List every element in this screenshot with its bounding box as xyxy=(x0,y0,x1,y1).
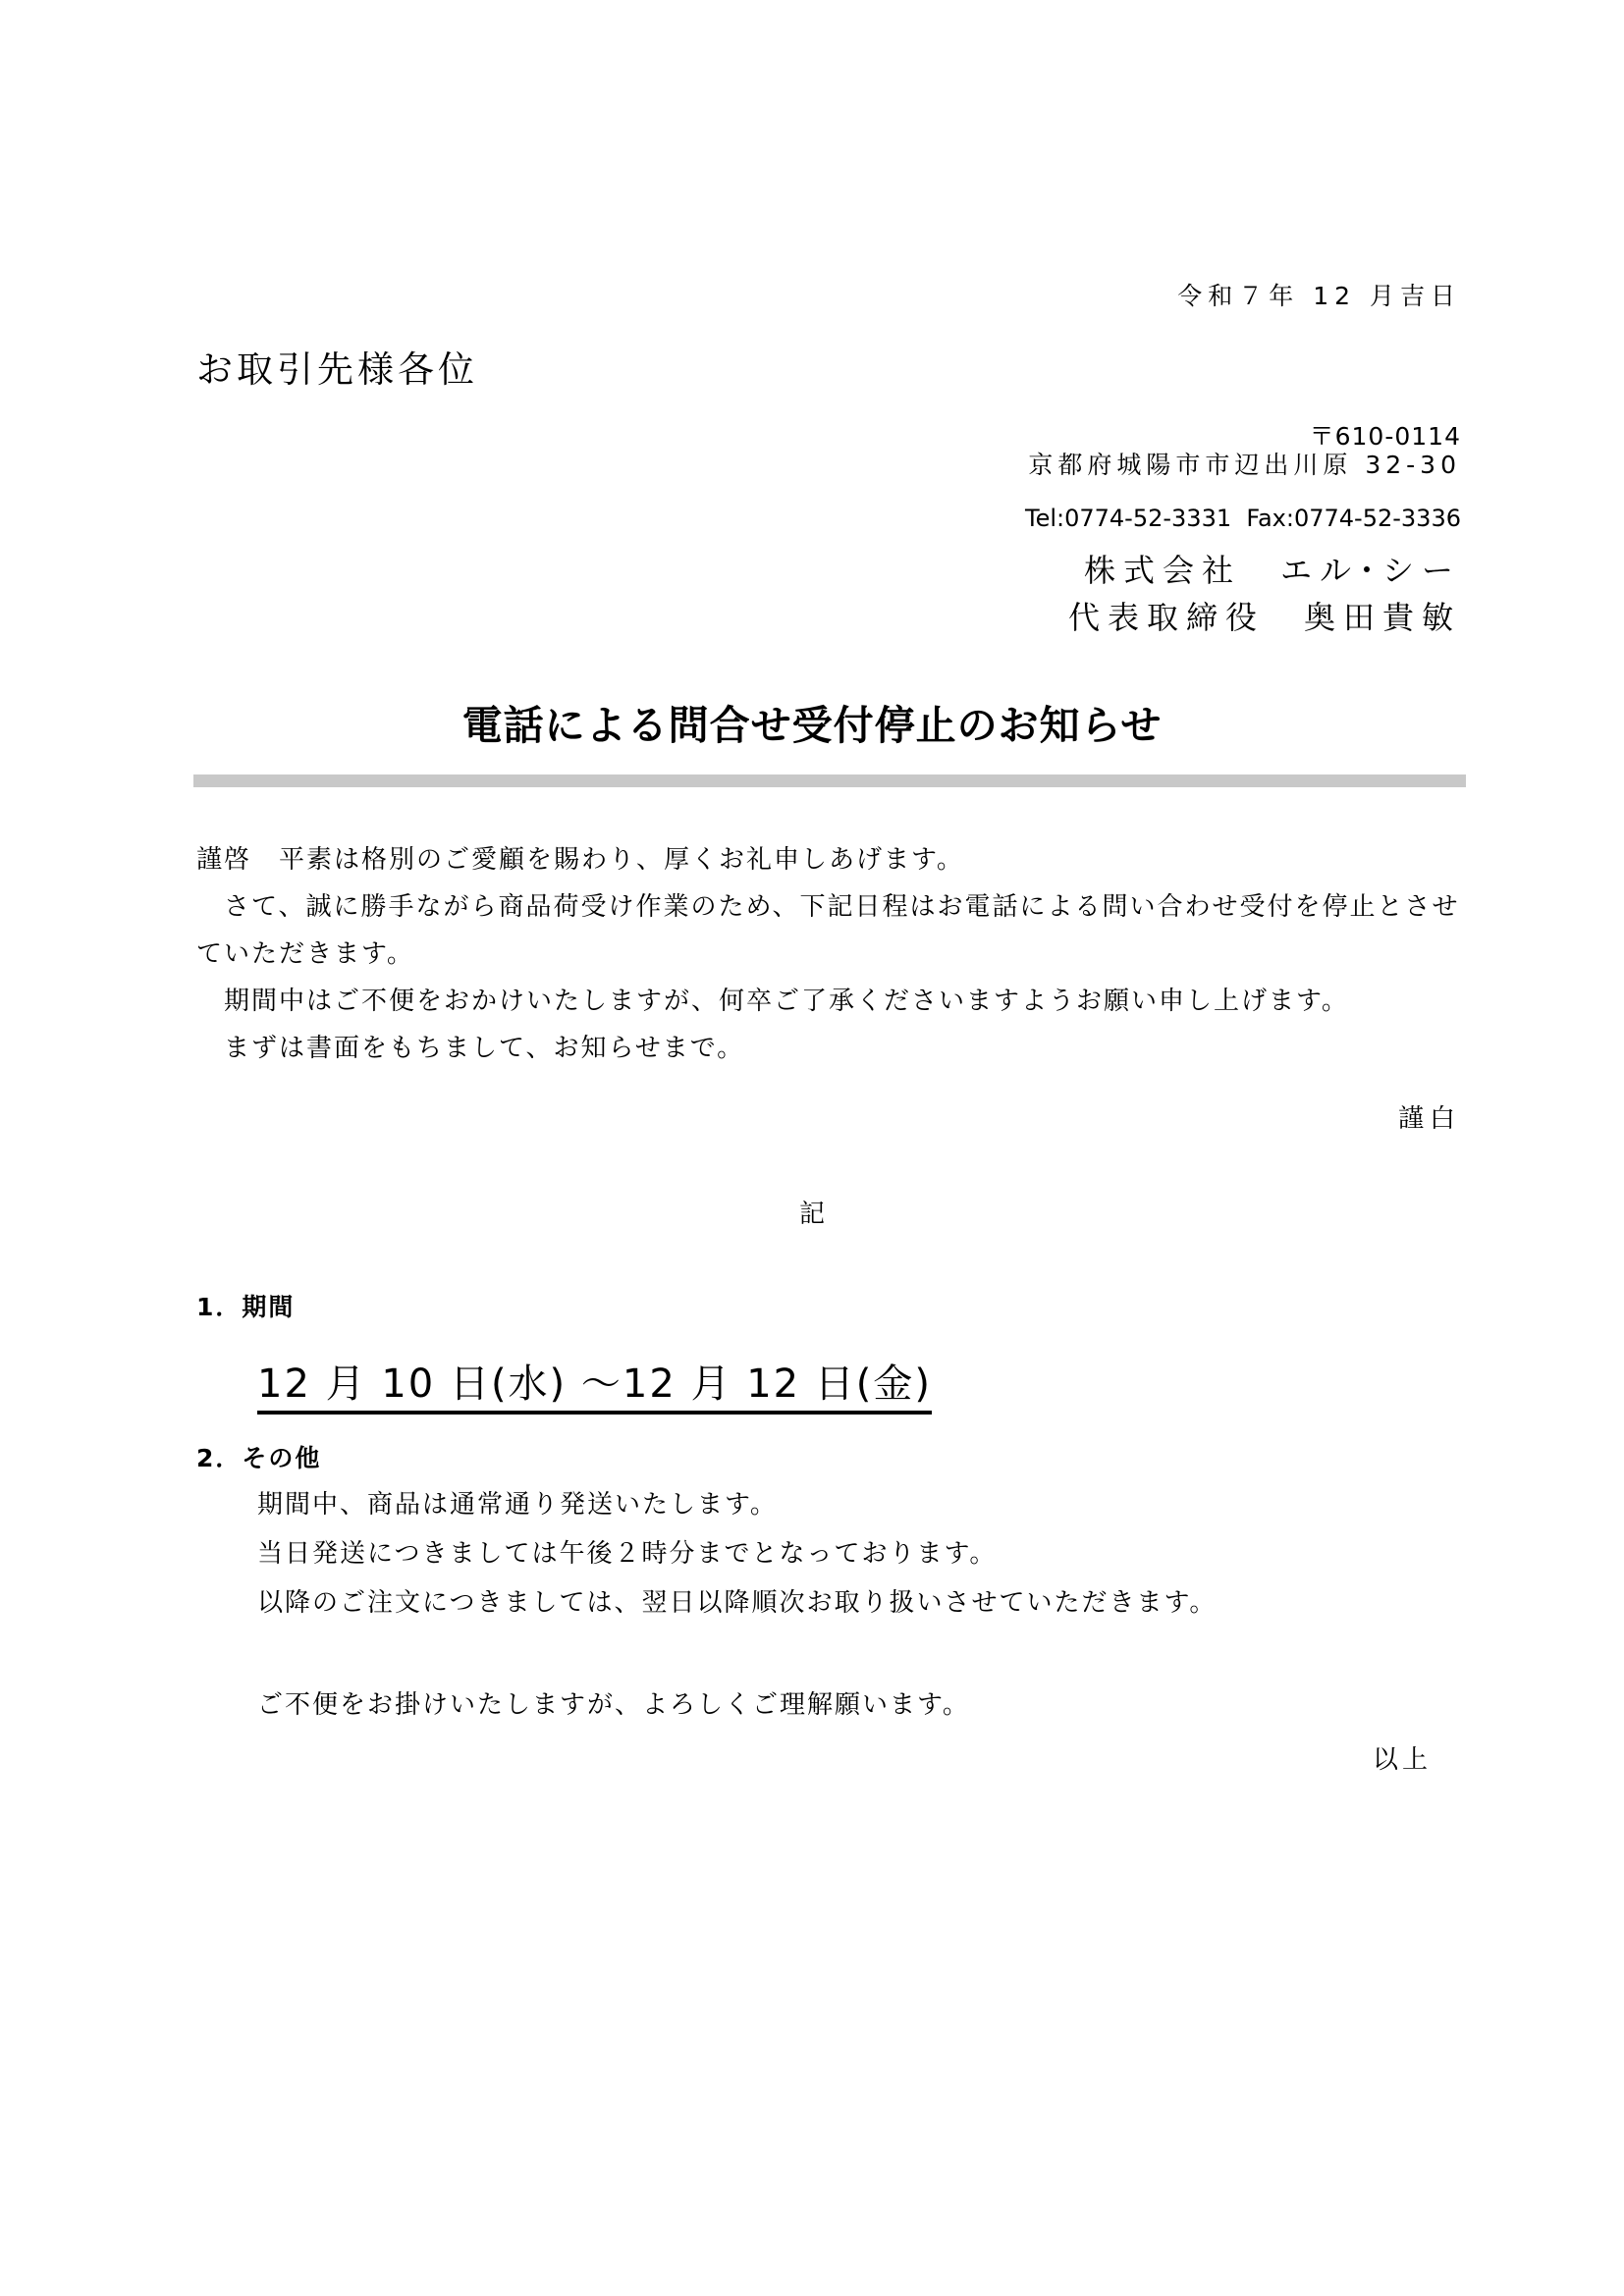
document-date: 令和７年 12 月吉日 xyxy=(1177,277,1461,312)
section-2-line: 期間中、商品は通常通り発送いたします。 xyxy=(257,1480,1217,1529)
sender-company: 株式会社 エル･シー xyxy=(1084,546,1461,591)
title-divider xyxy=(193,774,1466,787)
body-paragraph: まずは書面をもちまして、お知らせまで。 xyxy=(196,1025,1469,1072)
closing-ijou: 以上 xyxy=(1373,1739,1432,1776)
section-2-lines: 期間中、商品は通常通り発送いたします。 当日発送につきましては午後２時分までとな… xyxy=(257,1480,1217,1628)
sender-address: 京都府城陽市市辺出川原 32-30 xyxy=(1028,446,1461,481)
sender-phone-fax: Tel:0774-52-3331 Fax:0774-52-3336 xyxy=(1025,505,1461,532)
addressee: お取引先様各位 xyxy=(196,340,478,393)
section-2-heading: 2．その他 xyxy=(196,1439,321,1474)
body-paragraph: さて、誠に勝手ながら商品荷受け作業のため、下記日程はお電話による問い合わせ受付を… xyxy=(196,883,1469,978)
document-title: 電話による問合せ受付停止のお知らせ xyxy=(0,693,1624,751)
section-2-line: 以降のご注文につきましては、翌日以降順次お取り扱いさせていただきます。 xyxy=(257,1578,1217,1628)
body-paragraph: 謹啓 平素は格別のご愛顧を賜わり、厚くお礼申しあげます。 xyxy=(196,836,1469,883)
notes-heading: 記 xyxy=(0,1194,1624,1230)
sender-representative: 代表取締役 奥田貴敏 xyxy=(1068,593,1461,638)
body-paragraph: 期間中はご不便をおかけいたしますが、何卒ご了承くださいますようお願い申し上げます… xyxy=(196,978,1469,1025)
letter-body: 謹啓 平素は格別のご愛顧を賜わり、厚くお礼申しあげます。 さて、誠に勝手ながら商… xyxy=(196,836,1469,1072)
closing-note: ご不便をお掛けいたしますが、よろしくご理解願います。 xyxy=(257,1684,970,1721)
period-dates: 12 月 10 日(水) ～12 月 12 日(金) xyxy=(257,1353,932,1415)
section-2-line: 当日発送につきましては午後２時分までとなっております。 xyxy=(257,1529,1217,1578)
closing-kinpaku: 謹白 xyxy=(1398,1098,1461,1135)
section-1-heading: 1．期間 xyxy=(196,1288,295,1323)
